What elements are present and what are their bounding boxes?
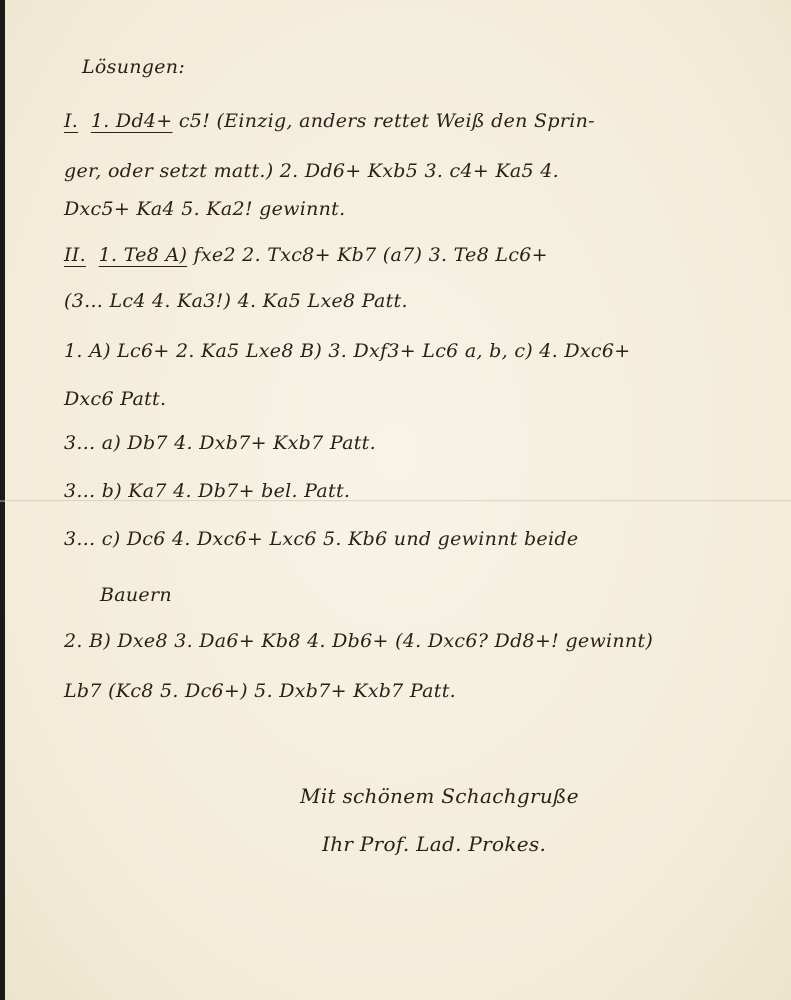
problem-2-line-3: 1. A) Lc6+ 2. Ka5 Lxe8 B) 3. Dxf3+ Lc6 a…: [64, 340, 630, 362]
problem-1-label: I.: [64, 110, 78, 132]
closing-greeting: Mit schönem Schachgruße: [300, 784, 579, 808]
problem-2-label: II.: [64, 244, 86, 266]
problem-2-line-8: Bauern: [100, 584, 172, 606]
problem-2-key-move: 1. Te8 A): [99, 244, 188, 266]
problem-2-line-2: (3... Lc4 4. Ka3!) 4. Ka5 Lxe8 Patt.: [64, 290, 408, 312]
letter-page: Lösungen: I. 1. Dd4+ c5! (Einzig, anders…: [0, 0, 791, 1000]
problem-2-line-9: 2. B) Dxe8 3. Da6+ Kb8 4. Db6+ (4. Dxc6?…: [64, 630, 653, 652]
problem-1-key-move: 1. Dd4+: [91, 110, 173, 132]
signature: Ihr Prof. Lad. Prokes.: [322, 832, 546, 856]
problem-2-line-5: 3... a) Db7 4. Dxb7+ Kxb7 Patt.: [64, 432, 376, 454]
problem-1-line-1: I. 1. Dd4+ c5! (Einzig, anders rettet We…: [64, 110, 595, 132]
problem-1-line-3: Dxc5+ Ka4 5. Ka2! gewinnt.: [64, 198, 345, 220]
problem-1-line-2: ger, oder setzt matt.) 2. Dd6+ Kxb5 3. c…: [64, 160, 559, 182]
heading: Lösungen:: [82, 56, 185, 78]
problem-2-line-7: 3... c) Dc6 4. Dxc6+ Lxc6 5. Kb6 und gew…: [64, 528, 578, 550]
problem-2-line-1: II. 1. Te8 A) fxe2 2. Txc8+ Kb7 (a7) 3. …: [64, 244, 548, 266]
problem-2-line-6: 3... b) Ka7 4. Db7+ bel. Patt.: [64, 480, 350, 502]
problem-2-line-4: Dxc6 Patt.: [64, 388, 166, 410]
problem-2-line-1-rest: fxe2 2. Txc8+ Kb7 (a7) 3. Te8 Lc6+: [194, 244, 548, 266]
problem-2-line-10: Lb7 (Kc8 5. Dc6+) 5. Dxb7+ Kxb7 Patt.: [64, 680, 456, 702]
problem-1-line-1-rest: c5! (Einzig, anders rettet Weiß den Spri…: [179, 110, 595, 132]
